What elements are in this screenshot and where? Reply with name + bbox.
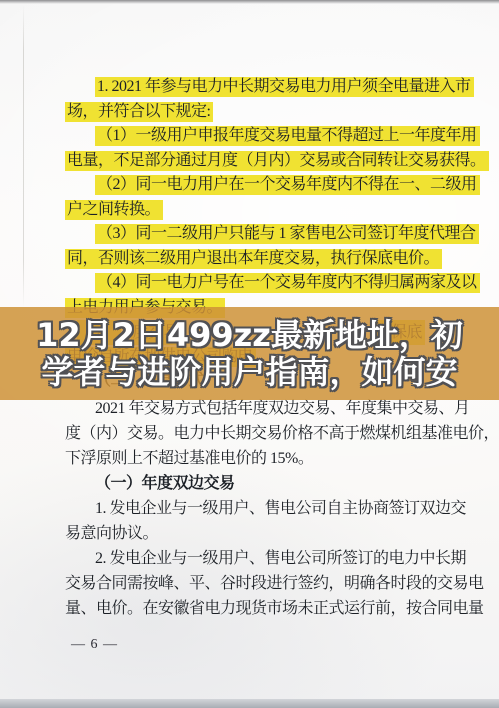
overlay-title: 12月2日499zz最新地址，初 学者与进阶用户指南，如何安 [0, 307, 499, 400]
overlay-band: 12月2日499zz最新地址，初 学者与进阶用户指南，如何安 [0, 307, 499, 400]
doc-line: 交易合同需按峰、平、谷时段进行签约，明确各时段的交易电 [65, 571, 425, 596]
doc-line: （4）同一电力户号在一个交易年度内不得归属两家及以 [65, 271, 425, 296]
highlighted-text: 户之间转换。 [65, 200, 163, 220]
doc-line: （3）同一二级用户只能与 1 家售电公司签订年度代理合 [65, 222, 425, 247]
doc-line: 户之间转换。 [65, 198, 425, 223]
photo-bottom-edge [0, 699, 499, 708]
doc-line: 易意向协议。 [65, 521, 425, 546]
highlighted-text: （3）同一二级用户只能与 1 家售电公司签订年度代理合 [95, 224, 479, 244]
page-fold-line [23, 4, 24, 307]
highlighted-text: （2）同一电力用户在一个交易年度内不得在一、二级用 [95, 175, 480, 195]
highlighted-text: （4）同一电力户号在一个交易年度内不得归属两家及以 [95, 273, 480, 293]
doc-line: 同，否则该二级用户退出本年度交易，执行保底电价。 [65, 247, 425, 272]
doc-text: 1. 发电企业与一级用户、售电公司自主协商签订双边交 [95, 500, 466, 517]
doc-text: 交易合同需按峰、平、谷时段进行签约，明确各时段的交易电 [65, 575, 484, 592]
doc-text: 易意向协议。 [65, 525, 158, 542]
highlighted-text: 1. 2021 年参与电力中长期交易电力用户须全电量进入市 [95, 77, 474, 97]
doc-text: 2021 年交易方式包括年度双边交易、年度集中交易、月 [95, 400, 470, 417]
photo-top-edge [0, 0, 499, 4]
highlighted-text: 电量，不足部分通过月度（月内）交易或合同转让交易获得。 [65, 151, 489, 171]
overlay-title-line1: 12月2日499zz最新地址，初 [36, 317, 463, 354]
doc-line: （一）年度双边交易 [65, 471, 425, 496]
doc-block-bottom: 2021 年交易方式包括年度双边交易、年度集中交易、月度（内）交易。电力中长期交… [65, 396, 425, 621]
doc-text: 量、电价。在安徽省电力现货市场未正式运行前，按合同电量 [65, 600, 484, 617]
doc-line: 2. 发电企业与一级用户、售电公司所签订的电力中长期 [65, 546, 425, 571]
highlighted-text: （1）一级用户申报年度交易电量不得超过上一年度年用 [95, 126, 480, 146]
doc-line: 电量，不足部分通过月度（月内）交易或合同转让交易获得。 [65, 149, 425, 174]
highlighted-text: 同，否则该二级用户退出本年度交易，执行保底电价。 [65, 249, 442, 269]
highlighted-text: 场，并符合以下规定: [65, 102, 213, 122]
doc-text: 度（内）交易。电力中长期交易价格不高于燃煤机组基准电价， [65, 425, 499, 442]
doc-line: （2）同一电力用户在一个交易年度内不得在一、二级用 [65, 173, 425, 198]
doc-line: 1. 发电企业与一级用户、售电公司自主协商签订双边交 [65, 496, 425, 521]
doc-text: （一）年度双边交易 [95, 475, 235, 492]
doc-line: 1. 2021 年参与电力中长期交易电力用户须全电量进入市 [65, 75, 425, 100]
doc-line: 度（内）交易。电力中长期交易价格不高于燃煤机组基准电价， [65, 421, 425, 446]
doc-text: 2. 发电企业与一级用户、售电公司所签订的电力中长期 [95, 550, 466, 567]
doc-line: 下浮原则上不超过基准电价的 15%。 [65, 446, 425, 471]
doc-line: （1）一级用户申报年度交易电量不得超过上一年度年用 [65, 124, 425, 149]
doc-line: 量、电价。在安徽省电力现货市场未正式运行前，按合同电量 [65, 596, 425, 621]
overlay-title-line2: 学者与进阶用户指南，如何安 [41, 354, 457, 391]
page-number: — 6 — [71, 637, 118, 653]
document-photo: 1. 2021 年参与电力中长期交易电力用户须全电量进入市场，并符合以下规定:（… [0, 0, 499, 708]
doc-text: 下浮原则上不超过基准电价的 15%。 [65, 450, 313, 467]
doc-line: 场，并符合以下规定: [65, 100, 425, 125]
